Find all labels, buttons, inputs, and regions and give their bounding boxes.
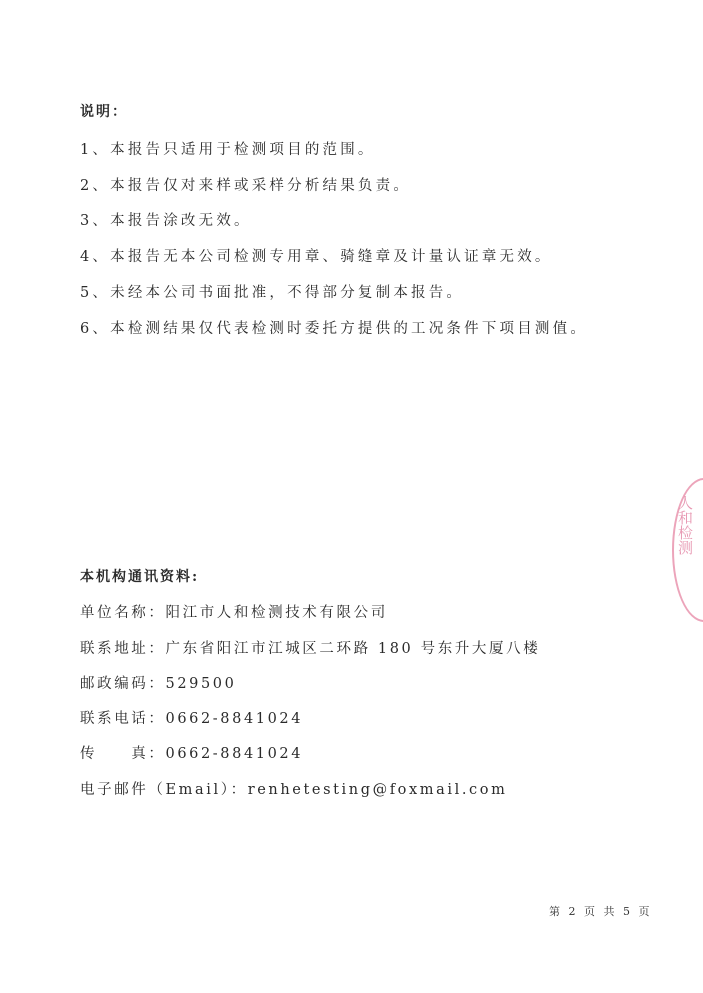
- contact-address: 联系地址：广东省阳江市江城区二环路 180 号东升大厦八楼: [80, 637, 540, 658]
- contact-email: 电子邮件（Email）：renhetesting@foxmail.com: [80, 778, 507, 799]
- contact-fax: 传 真：0662-8841024: [80, 742, 303, 763]
- contact-phone: 联系电话：0662-8841024: [80, 707, 303, 728]
- page-indicator: 第 2 页 共 5 页: [549, 903, 652, 919]
- notes-item-3: 3、本报告涂改无效。: [80, 209, 252, 230]
- contact-company: 单位名称：阳江市人和检测技术有限公司: [80, 601, 388, 622]
- contact-postcode: 邮政编码：529500: [80, 672, 236, 693]
- notes-item-1: 1、本报告只适用于检测项目的范围。: [80, 138, 376, 159]
- notes-item-6: 6、本检测结果仅代表检测时委托方提供的工况条件下项目测值。: [80, 317, 588, 338]
- notes-item-5: 5、未经本公司书面批准，不得部分复制本报告。: [80, 281, 464, 302]
- notes-title: 说明：: [80, 101, 128, 121]
- notes-item-4: 4、本报告无本公司检测专用章、骑缝章及计量认证章无效。: [80, 245, 553, 266]
- seal-stamp-text: 人和检测: [680, 495, 698, 555]
- notes-item-2: 2、本报告仅对来样或采样分析结果负责。: [80, 174, 411, 195]
- contact-title: 本机构通讯资料:: [80, 566, 199, 586]
